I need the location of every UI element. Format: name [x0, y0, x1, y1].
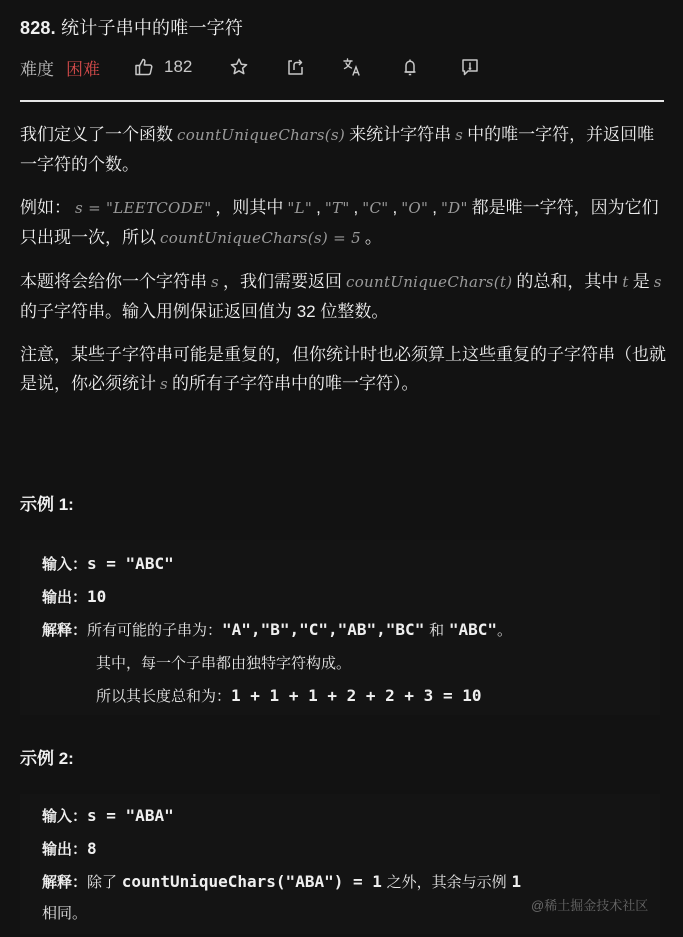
text: 之外，其余与示例 — [382, 873, 512, 891]
problem-title: 828. 统计子串中的唯一字符 — [20, 14, 243, 40]
inline-code: "D" — [437, 199, 472, 217]
text: 本题将会给你一个字符串 — [20, 272, 207, 291]
text: 所有可能的子串为： — [87, 621, 222, 639]
inline-code: countUniqueChars(s) = 5 — [156, 229, 365, 247]
problem-name: 统计子串中的唯一字符 — [61, 18, 243, 38]
text: ，我们需要返回 — [223, 272, 342, 291]
share-button[interactable] — [286, 57, 306, 77]
example-1-input: 输入：s = "ABC" — [42, 552, 174, 576]
code-text: 1 — [511, 872, 521, 891]
favorite-button[interactable] — [229, 57, 249, 77]
output-value: 8 — [87, 839, 97, 858]
example-1-explanation-line-3: 所以其长度总和为：1 + 1 + 1 + 2 + 2 + 3 = 10 — [96, 684, 481, 708]
watermark: @稀土掘金技术社区 — [531, 895, 648, 914]
inline-code: s — [650, 273, 666, 291]
text: 例如： — [20, 198, 71, 217]
example-1-code-block: 输入：s = "ABC" 输出：10 解释：所有可能的子串为："A","B","… — [20, 540, 660, 715]
inline-code: countUniqueChars(s) — [173, 126, 349, 144]
code-text: 1 + 1 + 1 + 2 + 2 + 3 = 10 — [231, 686, 481, 705]
text: 其中，每一个子串都由独特字符构成。 — [96, 654, 351, 672]
explanation-label: 解释： — [42, 621, 87, 639]
example-1-explanation-line-1: 解释：所有可能的子串为："A","B","C","AB","BC" 和 "ABC… — [42, 618, 512, 642]
text: 的总和，其中 — [516, 272, 618, 291]
thumbs-up-icon — [134, 57, 154, 77]
problem-number: 828. — [20, 18, 56, 38]
difficulty-label: 难度 — [20, 55, 54, 80]
explanation-label: 解释： — [42, 873, 87, 891]
text: 我们定义了一个函数 — [20, 125, 173, 144]
feedback-button[interactable] — [460, 57, 480, 77]
header-divider — [20, 100, 664, 102]
text: 的子字符串。输入用例保证返回值为 32 位整数。 — [20, 302, 388, 321]
output-value: 10 — [87, 587, 106, 606]
description-paragraph-2: 例如：s = "LEETCODE"，则其中"L","T","C","O","D"… — [20, 193, 668, 253]
code-text: countUniqueChars("ABA") = 1 — [122, 872, 382, 891]
code-text: "A","B","C","AB","BC" — [222, 620, 424, 639]
example-2-explanation-line-1: 解释：除了 countUniqueChars("ABA") = 1 之外，其余与… — [42, 870, 521, 894]
example-2-output: 输出：8 — [42, 837, 97, 861]
text: 和 — [424, 621, 449, 639]
notification-button[interactable] — [400, 57, 420, 77]
output-label: 输出： — [42, 588, 87, 606]
text: 。 — [497, 621, 512, 639]
problem-description: 我们定义了一个函数countUniqueChars(s)来统计字符串s中的唯一字… — [20, 120, 668, 413]
bell-icon — [400, 57, 420, 77]
like-button[interactable]: 182 — [134, 57, 192, 77]
description-paragraph-3: 本题将会给你一个字符串s，我们需要返回countUniqueChars(t)的总… — [20, 267, 668, 326]
text: 来统计字符串 — [349, 125, 451, 144]
output-label: 输出： — [42, 840, 87, 858]
inline-code: countUniqueChars(t) — [342, 273, 516, 291]
difficulty-badge: 困难 — [66, 55, 100, 80]
translate-icon — [342, 57, 362, 77]
example-2-input: 输入：s = "ABA" — [42, 804, 174, 828]
example-1-title: 示例 1: — [20, 490, 74, 515]
input-label: 输入： — [42, 555, 87, 573]
description-paragraph-4: 注意，某些子字符串可能是重复的，但你统计时也必须算上这些重复的子字符串（也就是说… — [20, 340, 668, 399]
inline-code: s — [451, 126, 467, 144]
share-icon — [286, 57, 306, 77]
inline-code: t — [618, 273, 632, 291]
text: 除了 — [87, 873, 122, 891]
inline-code: "C" — [358, 199, 392, 217]
input-label: 输入： — [42, 807, 87, 825]
example-2-title: 示例 2: — [20, 744, 74, 769]
text: 所以其长度总和为： — [96, 687, 231, 705]
text: 是 — [633, 272, 650, 291]
problem-meta-bar: 难度 困难 182 — [20, 54, 480, 80]
inline-code: "T" — [321, 199, 354, 217]
text: 的所有子字符串中的唯一字符）。 — [172, 374, 419, 393]
translate-button[interactable] — [342, 57, 362, 77]
inline-code: s — [156, 375, 172, 393]
inline-code: "O" — [397, 199, 432, 217]
description-paragraph-1: 我们定义了一个函数countUniqueChars(s)来统计字符串s中的唯一字… — [20, 120, 668, 179]
inline-code: s — [207, 273, 223, 291]
like-count: 182 — [164, 57, 192, 77]
input-value: s = "ABA" — [87, 806, 174, 825]
inline-code: s = "LEETCODE" — [71, 199, 215, 217]
code-text: "ABC" — [449, 620, 497, 639]
text: 。 — [365, 228, 382, 247]
star-icon — [229, 57, 249, 77]
feedback-icon — [460, 57, 480, 77]
example-1-explanation-line-2: 其中，每一个子串都由独特字符构成。 — [96, 651, 351, 675]
text: ，则其中 — [215, 198, 283, 217]
input-value: s = "ABC" — [87, 554, 174, 573]
inline-code: "L" — [283, 199, 316, 217]
example-1-output: 输出：10 — [42, 585, 106, 609]
example-2-explanation-line-2: 相同。 — [42, 901, 87, 925]
text: 相同。 — [42, 904, 87, 922]
